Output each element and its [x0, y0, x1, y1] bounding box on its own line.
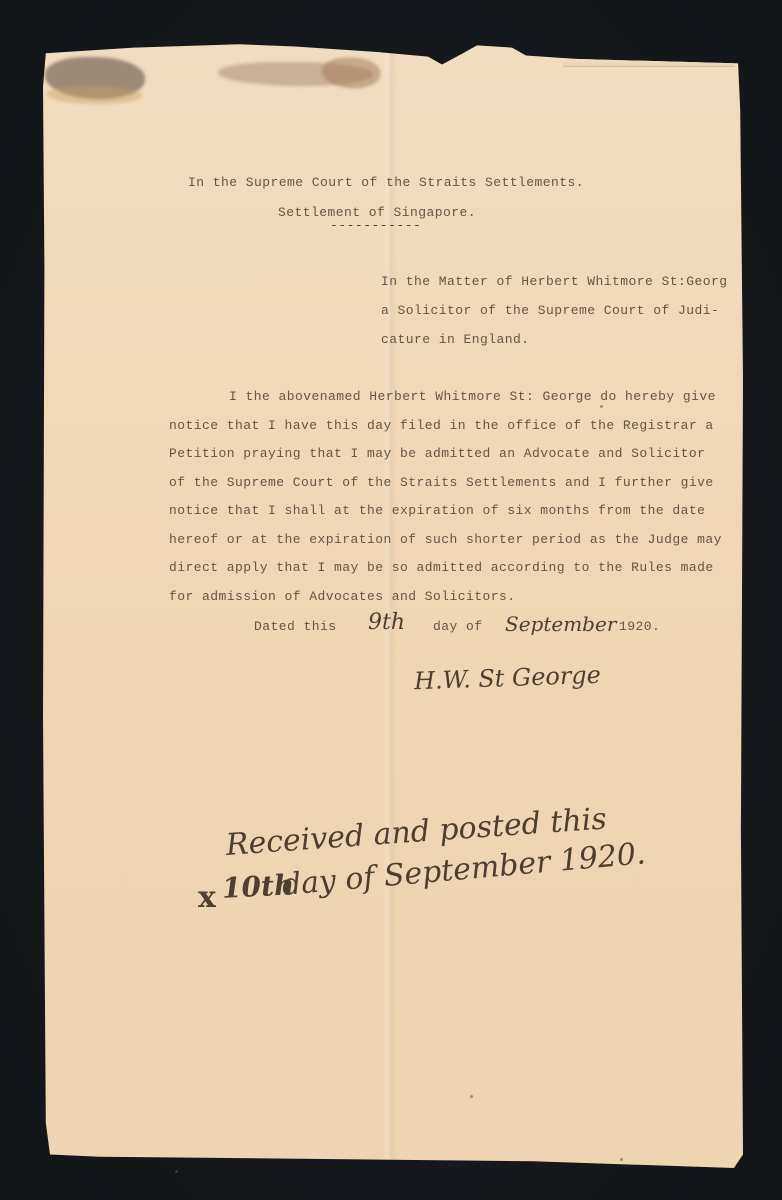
body-line-7: direct apply that I may be so admitted a…	[169, 560, 714, 575]
court-heading: In the Supreme Court of the Straits Sett…	[188, 175, 584, 190]
body-line-4: of the Supreme Court of the Straits Sett…	[169, 475, 714, 490]
matter-line-3: cature in England.	[381, 332, 530, 347]
body-line-3: Petition praying that I may be admitted …	[169, 446, 705, 461]
body-line-2: notice that I have this day filed in the…	[169, 418, 714, 433]
dated-prefix: Dated this	[254, 619, 337, 634]
ink-speck	[175, 1170, 178, 1173]
heading-rule: -----------	[330, 218, 421, 233]
body-line-6: hereof or at the expiration of such shor…	[169, 532, 722, 547]
endorsement-cross-mark: x	[198, 880, 216, 915]
ink-speck	[470, 1095, 473, 1098]
body-line-5: notice that I shall at the expiration of…	[169, 503, 705, 518]
ink-speck	[620, 1158, 623, 1161]
dated-month-handwritten: September	[505, 612, 616, 636]
body-line-8: for admission of Advocates and Solicitor…	[169, 589, 516, 604]
dated-year: 1920.	[619, 619, 660, 634]
dated-day-handwritten: 9th	[368, 610, 405, 635]
ink-speck	[600, 405, 603, 408]
water-stain	[47, 86, 142, 104]
matter-line-1: In the Matter of Herbert Whitmore St:Geo…	[381, 274, 728, 289]
scan-background: In the Supreme Court of the Straits Sett…	[0, 0, 782, 1200]
dated-middle: day of	[433, 619, 483, 634]
matter-line-2: a Solicitor of the Supreme Court of Judi…	[381, 303, 719, 318]
torn-edge-fold	[563, 54, 735, 67]
body-line-1: I the abovenamed Herbert Whitmore St: Ge…	[229, 389, 716, 404]
